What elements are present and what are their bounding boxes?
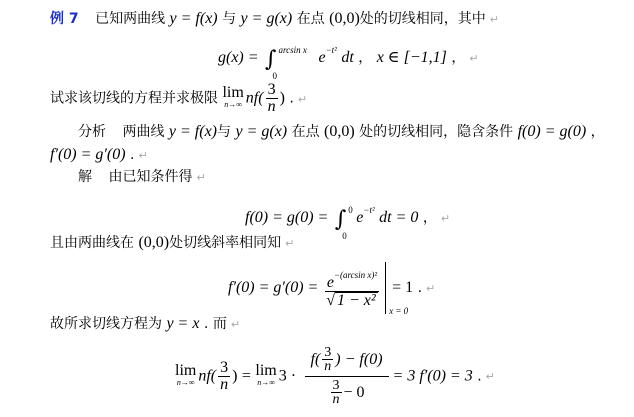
end-punct: ， [451, 50, 465, 66]
end-punct: . [418, 280, 422, 296]
num-base: e [327, 274, 334, 291]
paragraph-mark-icon: ↵ [285, 237, 294, 250]
solution: 解 由已知条件得↵ [78, 167, 206, 188]
differential: dt [341, 49, 353, 66]
expr-post: ) [280, 90, 285, 107]
end-punct: . [289, 91, 293, 107]
integrand-base: e [318, 49, 325, 66]
num-exp: −(arcsin x)² [334, 270, 377, 280]
eq-rest: dt = 0 [379, 209, 418, 226]
paragraph-mark-icon: ↵ [486, 370, 495, 383]
curve-g: y = g(x) [241, 10, 293, 27]
question: 试求该切线的方程并求极限 limn→∞nf(3n) .↵ [50, 82, 307, 115]
end-punct: ， [423, 210, 437, 226]
paragraph-mark-icon: ↵ [231, 318, 240, 331]
dq-denominator: 3n− 0 [305, 377, 389, 407]
slope-text-2: 处切线斜率相同知 [169, 235, 281, 251]
end-punct: . [204, 316, 208, 332]
expr-pre: nf( [246, 90, 264, 107]
analysis-heading: 分析 [78, 124, 106, 140]
frac-num: e−(arcsin x)² [325, 267, 379, 292]
frac-num: 3 [266, 82, 278, 99]
integral-lower: 0 [342, 226, 347, 246]
integrand-exp: −t² [326, 45, 337, 55]
point-origin: (0,0) [324, 123, 355, 140]
tangent-sentence: 故所求切线方程为 y = x . 而↵ [50, 314, 240, 335]
equation-limit: limn→∞nf(3n) = limn→∞3 · f(3n) − f(0) 3n… [175, 346, 495, 407]
analysis-text-1: 两曲线 [122, 124, 164, 140]
integral-upper: arcsin x [278, 40, 306, 60]
limit-operator: limn→∞ [175, 365, 196, 389]
g-definition: g(x) = ∫ arcsin x 0 e−t² dt ， x ∈ [−1,1]… [218, 40, 479, 70]
paragraph-mark-icon: ↵ [426, 282, 435, 295]
example-label: 例 7 [50, 11, 79, 27]
conjunction: 与 [222, 11, 236, 27]
analysis-cont: f′(0) = g′(0) .↵ [50, 145, 148, 166]
frac-den: √1 − x² [325, 292, 379, 309]
frac-den: n [331, 393, 342, 407]
paragraph-mark-icon: ↵ [138, 149, 147, 162]
comma: ， [591, 124, 605, 140]
separator: ， [358, 50, 372, 66]
inner-fraction: 3n [322, 346, 333, 374]
eval-at: x = 0 [389, 306, 408, 316]
curve-f: y = f(x) [169, 123, 217, 140]
lim-sub: n→∞ [222, 99, 243, 111]
lim-word: lim [255, 365, 276, 377]
integral-upper: 0 [348, 200, 353, 220]
fraction: 3n [266, 82, 278, 115]
limit-operator: limn→∞ [222, 87, 243, 111]
fraction: 3n [218, 360, 230, 393]
frac-num: 3 [218, 360, 230, 377]
eq-rhs: = 3 f′(0) = 3 [393, 368, 473, 385]
tangent-equation: y = x [166, 315, 199, 332]
eq-lhs: f(0) = g(0) = [245, 209, 328, 226]
coefficient: 3 · [279, 368, 296, 385]
curve-g: y = g(x) [235, 123, 287, 140]
end-punct: . [477, 369, 481, 385]
lhs-post: ) [232, 368, 237, 385]
paragraph-mark-icon: ↵ [469, 52, 478, 65]
tangent-text-1: 故所求切线方程为 [50, 316, 162, 332]
paragraph-mark-icon: ↵ [196, 171, 205, 184]
g-lhs: g(x) = [218, 49, 259, 66]
analysis-text-3: 处的切线相同，隐含条件 [359, 124, 513, 140]
solution-text: 由已知条件得 [108, 169, 192, 185]
analysis: 分析 两曲线 y = f(x)与 y = g(x) 在点 (0,0) 处的切线相… [78, 122, 605, 142]
lim-word: lim [175, 365, 196, 377]
lim-sub: n→∞ [175, 377, 196, 389]
equation-fprime: f′(0) = g′(0) = e−(arcsin x)² √1 − x² x … [228, 262, 435, 314]
intro-text-2: 在点 [297, 11, 325, 27]
lim-sub: n→∞ [255, 377, 276, 389]
intro-text: 已知两曲线 [95, 11, 165, 27]
limit-operator-2: limn→∞ [255, 365, 276, 389]
derivative-fraction: e−(arcsin x)² √1 − x² [325, 267, 379, 309]
difference-quotient: f(3n) − f(0) 3n− 0 [305, 346, 389, 407]
tangent-text-2: 而 [213, 316, 227, 332]
lhs-pre: nf( [198, 368, 216, 385]
equals: = [242, 368, 251, 385]
solution-heading: 解 [78, 169, 92, 185]
integral-limits: 0 0 [348, 208, 356, 228]
slope-text-1: 且由两曲线在 [50, 235, 134, 251]
conjunction: 与 [217, 124, 231, 140]
end-punct: . [130, 147, 134, 163]
frac-den: n [218, 377, 230, 393]
frac-den: n [322, 360, 333, 374]
paragraph-mark-icon: ↵ [441, 212, 450, 225]
question-text: 试求该切线的方程并求极限 [50, 91, 218, 107]
equation-f0: f(0) = g(0) = ∫ 0 0 e−t² dt = 0 ，↵ [245, 200, 450, 230]
paragraph-mark-icon: ↵ [490, 13, 499, 26]
point-origin: (0,0) [138, 234, 169, 251]
den-post: − 0 [344, 384, 365, 401]
eq-lhs: f′(0) = g′(0) = [228, 279, 318, 296]
eq-rhs: = 1 [392, 279, 413, 296]
frac-num: 3 [322, 346, 333, 360]
evaluation-bar: x = 0 [385, 262, 386, 314]
example-statement: 例 7 已知两曲线 y = f(x) 与 y = g(x) 在点 (0,0)处的… [50, 9, 499, 30]
paragraph-mark-icon: ↵ [298, 93, 307, 106]
integral-limits: arcsin x 0 [278, 48, 318, 68]
condition-2: f′(0) = g′(0) [50, 146, 126, 163]
condition-1: f(0) = g(0) [518, 123, 587, 140]
lim-word: lim [222, 87, 243, 99]
inner-fraction: 3n [331, 379, 342, 407]
intro-text-3: 处的切线相同，其中 [360, 11, 486, 27]
sqrt-content: 1 − x² [335, 292, 378, 309]
slope-sentence: 且由两曲线在 (0,0)处切线斜率相同知↵ [50, 233, 294, 254]
num-post: ) − f(0) [335, 351, 382, 368]
frac-num: 3 [331, 379, 342, 393]
num-pre: f( [311, 351, 321, 368]
analysis-text-2: 在点 [292, 124, 320, 140]
integrand-exp: −t² [363, 205, 374, 215]
dq-numerator: f(3n) − f(0) [305, 346, 389, 377]
frac-den: n [266, 99, 278, 115]
point-origin: (0,0) [329, 10, 360, 27]
curve-f: y = f(x) [170, 10, 218, 27]
domain: x ∈ [−1,1] [377, 49, 447, 66]
